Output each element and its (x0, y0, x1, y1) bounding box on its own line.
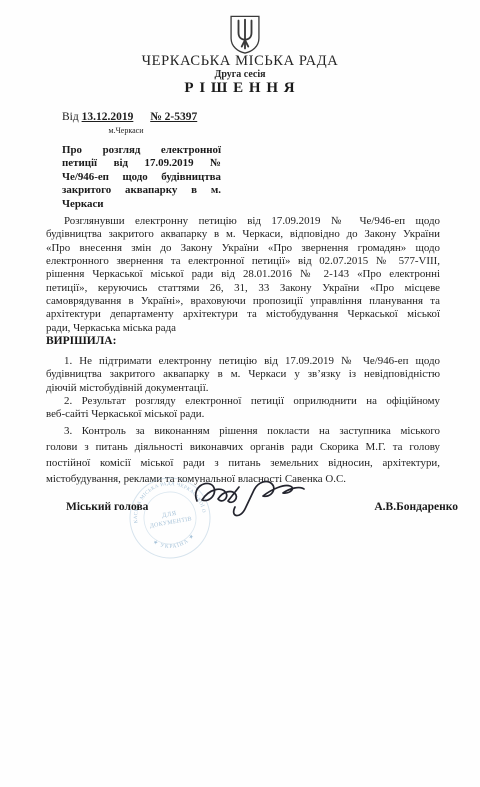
document-type-title: Р І Ш Е Н Н Я (0, 80, 480, 97)
text-line: Че/946-еп щодо будівництва (62, 171, 221, 184)
text-line: 3. Контроль за виконанням рішення поклас… (46, 423, 440, 439)
text-line: Черкаси (62, 198, 221, 211)
text-line: Про розгляд електронної (62, 144, 221, 157)
organization-name: ЧЕРКАСЬКА МІСЬКА РАДА (0, 53, 480, 70)
text-line: 2. Результат розгляду електронної петиці… (46, 395, 440, 408)
text-line: ради, Черкаська міська рада (46, 322, 440, 335)
text-line: рішення Черкаської міської ради від 28.0… (46, 268, 440, 281)
document-scan: ЧЕРКАСЬКА МІСЬКА РАДА Друга сесія Р І Ш … (0, 0, 480, 787)
text-line: закритого аквапарку в м. (62, 184, 221, 197)
resolution-items: 1. Не підтримати електронну петицію від … (46, 355, 440, 487)
text-line: Розглянувши електронну петицію від 17.09… (46, 215, 440, 228)
place-label: м.Черкаси (84, 126, 168, 135)
signature-scribble (183, 476, 315, 530)
decision-date: 13.12.2019 (82, 111, 134, 123)
signatory-name: А.В.Бондаренко (340, 501, 458, 513)
preamble: Розглянувши електронну петицію від 17.09… (46, 215, 440, 335)
session-label: Друга сесія (0, 69, 480, 80)
text-line: електронного звернення та електронної пе… (46, 255, 440, 268)
text-line: петиції», керуючись статтями 26, 31, 33 … (46, 282, 440, 295)
resolution-item: 2. Результат розгляду електронної петиці… (46, 395, 440, 422)
text-line: веб-сайті Черкаської міської ради. (46, 408, 440, 421)
text-line: постійної комісії міської ради з питань … (46, 455, 440, 471)
from-label: Від (62, 111, 79, 123)
text-line: будівництва закритого аквапарку в м. Чер… (46, 228, 440, 241)
text-line: діючій містобудівній документації. (46, 382, 440, 395)
svg-text:★ УКРАЇНА ★: ★ УКРАЇНА ★ (151, 531, 198, 553)
subject-block: Про розгляд електронноїпетиції від 17.09… (62, 144, 221, 211)
text-line: будівництва закритого аквапарку в м. Чер… (46, 368, 440, 381)
signature-title: Міський голова (66, 501, 148, 513)
stamp-ring-text-bottom: ★ УКРАЇНА ★ (151, 531, 198, 553)
text-line: самоврядування в Україні», враховуючи пр… (46, 295, 440, 308)
meta-line: Від 13.12.2019 № 2-5397 (62, 111, 197, 123)
stamp-center-text-line1: ДЛЯ (161, 510, 177, 520)
text-line: «Про внесення змін до Закону України «Пр… (46, 242, 440, 255)
decision-number: № 2-5397 (150, 111, 197, 123)
text-line: голови з питань діяльності виконавчих ор… (46, 439, 440, 455)
resolution-item: 1. Не підтримати електронну петицію від … (46, 355, 440, 395)
coat-of-arms-icon (227, 15, 263, 54)
text-line: архітектури департаменту архітектури та … (46, 308, 440, 321)
text-line: петиції від 17.09.2019 № (62, 157, 221, 170)
resolved-label: ВИРІШИЛА: (46, 335, 116, 347)
text-line: 1. Не підтримати електронну петицію від … (46, 355, 440, 368)
